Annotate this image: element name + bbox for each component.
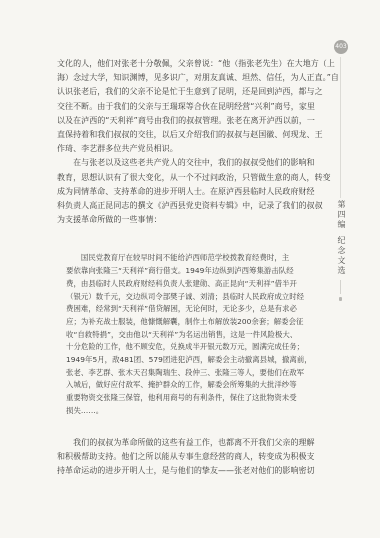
rail-divider-line xyxy=(340,57,341,198)
text-line: 成为同情革命、支持革命的进步开明人士。在原泸西县临时人民政府财经 xyxy=(57,185,323,199)
text-line: 持革命运动的进步开明人士，是与他们的挚友——张老对他们的影响密切 xyxy=(57,464,323,478)
text-line: 费困难，经常到“天利祥”借贷解困，无论何时，无论多少，总是有求必 xyxy=(66,303,316,316)
paragraph-continuation: 文化的人，他们对张老十分敬佩，父亲曾说：“他（指张老先生）在大地方（上海）念过大… xyxy=(57,57,323,156)
rail-dot-marker xyxy=(339,297,342,301)
text-line: 交往不断。由于我们的父亲与王瑞琛等合伙在昆明经营“兴利”商号，家里 xyxy=(57,100,323,114)
text-line: 费，由县临时人民政府财经科负责人张建勋、高正昆向“天利祥”借半开 xyxy=(66,278,316,291)
text-line: 在与张老以及这些老共产党人的交往中，我们的叔叔受他们的影响和 xyxy=(57,156,323,170)
text-line: 海）念过大学，知识渊博，见多识广，对朋友真诚、坦然、信任，为人正直。”自 xyxy=(57,71,323,85)
text-line: 入城后，做好应付敌军、掩护群众的工作，解委会所筹集的大批洋纱等 xyxy=(66,379,316,392)
text-line: 1949年5月，敌481团、579团进犯泸西，解委会主动撤离县城，撤离前， xyxy=(66,354,316,367)
text-line: 直保持着和我们叔叔的交往，以后又介绍我们的叔叔与赵国徽、何现龙、王 xyxy=(57,128,323,142)
text-line: 作琦、李艺群多位共产党员相识。 xyxy=(57,142,323,156)
section-title-vertical: 纪念文选 xyxy=(336,236,347,276)
paragraph-3: 我们的叔叔为革命所做的这些有益工作，也都离不开我们父亲的理解和积极帮助支持。他们… xyxy=(57,436,323,479)
text-line: 收“自救特捐”，交由他以“天利祥”为名运出销售，这是一件风险极大、 xyxy=(66,329,316,342)
block-quote: 国民党教育厅在较早时间不能给泸西师范学校拨教育经费时，主要依靠向张隆三“天利祥”… xyxy=(66,252,316,417)
text-line: 认识张老后，我们的父亲不论是忙于生意到了昆明，还是回到泸西，都与之 xyxy=(57,85,323,99)
text-line: 损失……。 xyxy=(66,405,316,418)
text-line: 张老、李艺群、张木天召集陶瑞生、段仲三、张隆三等人，要他们在敌军 xyxy=(66,367,316,380)
page-number-badge: 403 xyxy=(334,40,348,54)
text-column: 文化的人，他们对张老十分敬佩，父亲曾说：“他（指张老先生）在大地方（上海）念过大… xyxy=(57,57,323,478)
book-page: 文化的人，他们对张老十分敬佩，父亲曾说：“他（指张老先生）在大地方（上海）念过大… xyxy=(0,0,380,538)
text-line: 我们的叔叔为革命所做的这些有益工作，也都离不开我们父亲的理解 xyxy=(57,436,323,450)
text-line: 国民党教育厅在较早时间不能给泸西师范学校拨教育经费时，主 xyxy=(66,252,316,265)
text-line: 重要物资交张隆三保管，他利用商号的有利条件，保住了这批物资未受 xyxy=(66,392,316,405)
part-title-vertical: 第四编 xyxy=(336,200,347,230)
text-line: 以及在泸西的“天利祥”商号由我们的叔叔管理。张老在离开泸西以前，一 xyxy=(57,114,323,128)
text-line: （银元）数千元，交边纵司令部樊子诚、刘清；县临时人民政府成立时经 xyxy=(66,291,316,304)
text-line: 教育，思想认识有了很大变化，从一个不过问政治，只管做生意的商人，转变 xyxy=(57,171,323,185)
text-line: 十分危险的工作，他不顾安危，兑换成半开银元数万元，圆满完成任务； xyxy=(66,341,316,354)
text-line: 和积极帮助支持。他们之所以能从专事生意经营的商人，转变成为积极支 xyxy=(57,450,323,464)
text-line: 为支援革命所做的一些事情： xyxy=(57,213,323,227)
rail-divider-line-2 xyxy=(340,280,341,294)
text-line: 文化的人，他们对张老十分敬佩，父亲曾说：“他（指张老先生）在大地方（上 xyxy=(57,57,323,71)
text-line: 要依靠向张隆三“天利祥”商行借支。1949年边纵到泸西筹集游击队经 xyxy=(66,265,316,278)
paragraph-2: 在与张老以及这些老共产党人的交往中，我们的叔叔受他们的影响和教育，思想认识有了很… xyxy=(57,156,323,227)
text-line: 科负责人高正昆同志的撰文《泸西县党史资料专辑》中，记录了我们的叔叔 xyxy=(57,199,323,213)
text-line: 应；为补充战士服装，他慷慨解囊，制作土布解放装200余套；解委会征 xyxy=(66,316,316,329)
